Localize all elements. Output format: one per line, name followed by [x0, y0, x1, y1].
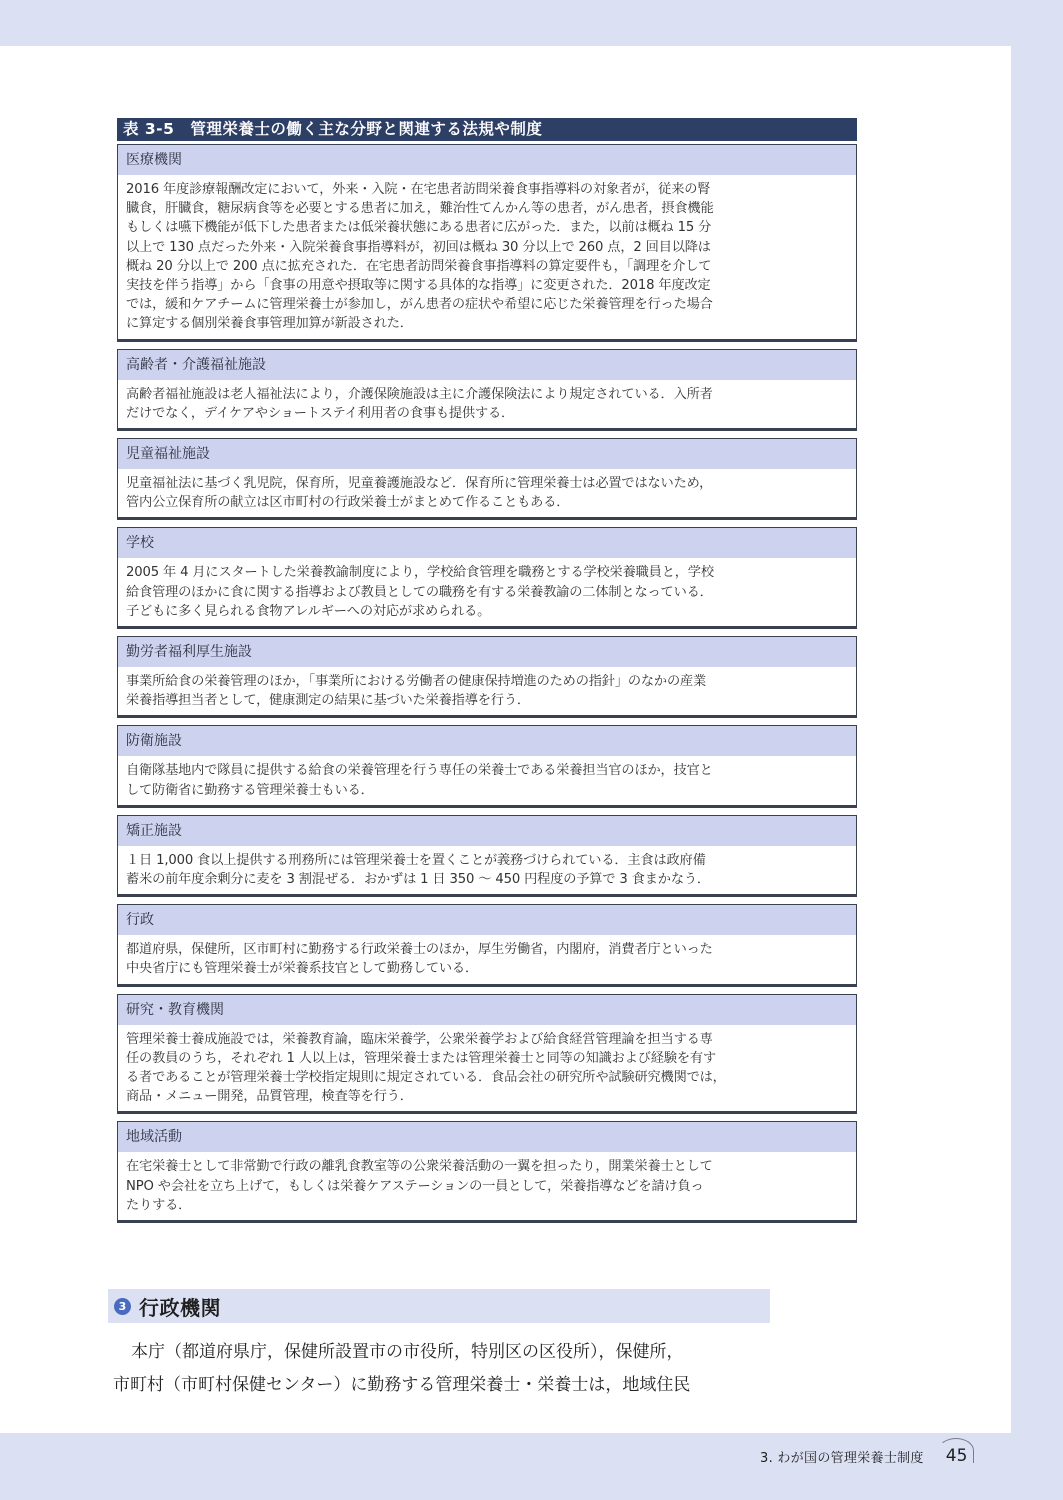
entry-body: 自衛隊基地内で隊員に提供する給食の栄養管理を行う専任の栄養士である栄養担当官のほ…	[118, 756, 856, 804]
text-line: だけでなく，デイケアやショートステイ利用者の食事も提供する．	[126, 404, 849, 423]
text-line: 栄養指導担当者として，健康測定の結果に基づいた栄養指導を行う．	[126, 691, 849, 710]
entry-heading: 勤労者福利厚生施設	[118, 637, 856, 667]
page-number: 45	[942, 1446, 972, 1466]
entry-body: 2016 年度診療報酬改定において，外来・入院・在宅患者訪問栄養食事指導料の対象…	[118, 175, 856, 339]
entry-body: 児童福祉法に基づく乳児院，保育所，児童養護施設など．保育所に管理栄養士は必置では…	[118, 469, 856, 517]
entry-administration: 行政 都道府県，保健所，区市町村に勤務する行政栄養士のほか，厚生労働省，内閣府，…	[117, 904, 857, 986]
text-line: る者であることが管理栄養士学校指定規則に規定されている．食品会社の研究所や試験研…	[126, 1068, 849, 1087]
text-line: に算定する個別栄養食事管理加算が新設された．	[126, 314, 849, 333]
entry-body: 在宅栄養士として非常勤で行政の離乳食教室等の公衆栄養活動の一翼を担ったり，開業栄…	[118, 1152, 856, 1220]
entry-medical: 医療機関 2016 年度診療報酬改定において，外来・入院・在宅患者訪問栄養食事指…	[117, 144, 857, 342]
text-line: 在宅栄養士として非常勤で行政の離乳食教室等の公衆栄養活動の一翼を担ったり，開業栄…	[126, 1157, 849, 1176]
text-line: 2005 年 4 月にスタートした栄養教諭制度により，学校給食管理を職務とする学…	[126, 563, 849, 582]
text-line: 給食管理のほかに食に関する指導および教員としての職務を有する栄養教諭の二体制とな…	[126, 583, 849, 602]
table-title-text: 管理栄養士の働く主な分野と関連する法規や制度	[190, 120, 542, 138]
entry-elderly-care: 高齢者・介護福祉施設 高齢者福祉施設は老人福祉法により，介護保険施設は主に介護保…	[117, 349, 857, 431]
text-line: 2016 年度診療報酬改定において，外来・入院・在宅患者訪問栄養食事指導料の対象…	[126, 180, 849, 199]
text-line: NPO や会社を立ち上げて，もしくは栄養ケアステーションの一員として，栄養指導な…	[126, 1177, 849, 1196]
text-line: 臓食，肝臓食，糖尿病食等を必要とする患者に加え，難治性てんかん等の患者，がん患者…	[126, 199, 849, 218]
entry-heading: 児童福祉施設	[118, 439, 856, 469]
body-paragraph: 本庁（都道府県庁，保健所設置市の市役所，特別区の区役所），保健所， 市町村（市町…	[113, 1336, 773, 1402]
entry-heading: 防衛施設	[118, 726, 856, 756]
entry-heading: 高齢者・介護福祉施設	[118, 350, 856, 380]
text-line: 実技を伴う指導」から「食事の用意や摂取等に関する具体的な指導」に変更された．20…	[126, 276, 849, 295]
text-line: 以上で 130 点だった外来・入院栄養食事指導料が，初回は概ね 30 分以上で …	[126, 238, 849, 257]
text-line: では，緩和ケアチームに管理栄養士が参加し，がん患者の症状や希望に応じた栄養管理を…	[126, 295, 849, 314]
table-number: 表 3-5	[123, 120, 174, 138]
text-line: もしくは嚥下機能が低下した患者または低栄養状態にある患者に広がった．また，以前は…	[126, 218, 849, 237]
text-line: 事業所給食の栄養管理のほか，「事業所における労働者の健康保持増進のための指針」の…	[126, 672, 849, 691]
entry-body: 都道府県，保健所，区市町村に勤務する行政栄養士のほか，厚生労働省，内閣府，消費者…	[118, 935, 856, 983]
entry-heading: 医療機関	[118, 145, 856, 175]
text-line: 自衛隊基地内で隊員に提供する給食の栄養管理を行う専任の栄養士である栄養担当官のほ…	[126, 761, 849, 780]
text-line: 任の教員のうち，それぞれ 1 人以上は，管理栄養士または管理栄養士と同等の知識お…	[126, 1049, 849, 1068]
text-line: 市町村（市町村保健センター）に勤務する管理栄養士・栄養士は，地域住民	[113, 1369, 773, 1402]
entry-heading: 学校	[118, 528, 856, 558]
section-number-badge: 3	[114, 1298, 131, 1315]
text-line: 本庁（都道府県庁，保健所設置市の市役所，特別区の区役所），保健所，	[113, 1336, 773, 1369]
text-line: たりする．	[126, 1196, 849, 1215]
entry-body: 管理栄養士養成施設では，栄養教育論，臨床栄養学，公衆栄養学および給食経営管理論を…	[118, 1025, 856, 1112]
text-line: １日 1,000 食以上提供する刑務所には管理栄養士を置くことが義務づけられてい…	[126, 851, 849, 870]
section-title: 行政機関	[139, 1292, 221, 1321]
entry-child-welfare: 児童福祉施設 児童福祉法に基づく乳児院，保育所，児童養護施設など．保育所に管理栄…	[117, 438, 857, 520]
table-title: 表 3-5管理栄養士の働く主な分野と関連する法規や制度	[117, 118, 857, 141]
entry-body: 事業所給食の栄養管理のほか，「事業所における労働者の健康保持増進のための指針」の…	[118, 667, 856, 715]
entry-defense: 防衛施設 自衛隊基地内で隊員に提供する給食の栄養管理を行う専任の栄養士である栄養…	[117, 725, 857, 807]
text-line: 管内公立保育所の献立は区市町村の行政栄養士がまとめて作ることもある．	[126, 493, 849, 512]
text-line: 児童福祉法に基づく乳児院，保育所，児童養護施設など．保育所に管理栄養士は必置では…	[126, 474, 849, 493]
text-line: 都道府県，保健所，区市町村に勤務する行政栄養士のほか，厚生労働省，内閣府，消費者…	[126, 940, 849, 959]
text-line: 商品・メニュー開発，品質管理，検査等を行う．	[126, 1087, 849, 1106]
text-line: して防衛省に勤務する管理栄養士もいる．	[126, 781, 849, 800]
entry-body: １日 1,000 食以上提供する刑務所には管理栄養士を置くことが義務づけられてい…	[118, 846, 856, 894]
text-line: 子どもに多く見られる食物アレルギーへの対応が求められる。	[126, 602, 849, 621]
entry-body: 2005 年 4 月にスタートした栄養教諭制度により，学校給食管理を職務とする学…	[118, 558, 856, 626]
entry-heading: 研究・教育機関	[118, 995, 856, 1025]
entry-community: 地域活動 在宅栄養士として非常勤で行政の離乳食教室等の公衆栄養活動の一翼を担った…	[117, 1121, 857, 1223]
entry-research-education: 研究・教育機関 管理栄養士養成施設では，栄養教育論，臨床栄養学，公衆栄養学および…	[117, 994, 857, 1115]
text-line: 中央省庁にも管理栄養士が栄養系技官として勤務している．	[126, 959, 849, 978]
page-footer: 3. わが国の管理栄養士制度 45	[760, 1446, 971, 1466]
table-3-5: 表 3-5管理栄養士の働く主な分野と関連する法規や制度 医療機関 2016 年度…	[117, 118, 857, 1230]
entry-heading: 地域活動	[118, 1122, 856, 1152]
text-line: 蓄米の前年度余剰分に麦を 3 割混ぜる．おかずは 1 日 350 ～ 450 円…	[126, 870, 849, 889]
text-line: 管理栄養士養成施設では，栄養教育論，臨床栄養学，公衆栄養学および給食経営管理論を…	[126, 1030, 849, 1049]
entry-heading: 矯正施設	[118, 816, 856, 846]
entry-school: 学校 2005 年 4 月にスタートした栄養教諭制度により，学校給食管理を職務と…	[117, 527, 857, 629]
entry-correctional: 矯正施設 １日 1,000 食以上提供する刑務所には管理栄養士を置くことが義務づ…	[117, 815, 857, 897]
text-line: 高齢者福祉施設は老人福祉法により，介護保険施設は主に介護保険法により規定されてい…	[126, 385, 849, 404]
footer-chapter-title: 3. わが国の管理栄養士制度	[760, 1447, 924, 1466]
document-page: 表 3-5管理栄養士の働く主な分野と関連する法規や制度 医療機関 2016 年度…	[0, 46, 1011, 1433]
section-heading: 3 行政機関	[108, 1289, 770, 1323]
text-line: 概ね 20 分以上で 200 点に拡充された．在宅患者訪問栄養食事指導料の算定要…	[126, 257, 849, 276]
entry-body: 高齢者福祉施設は老人福祉法により，介護保険施設は主に介護保険法により規定されてい…	[118, 380, 856, 428]
entry-workplace: 勤労者福利厚生施設 事業所給食の栄養管理のほか，「事業所における労働者の健康保持…	[117, 636, 857, 718]
entry-heading: 行政	[118, 905, 856, 935]
